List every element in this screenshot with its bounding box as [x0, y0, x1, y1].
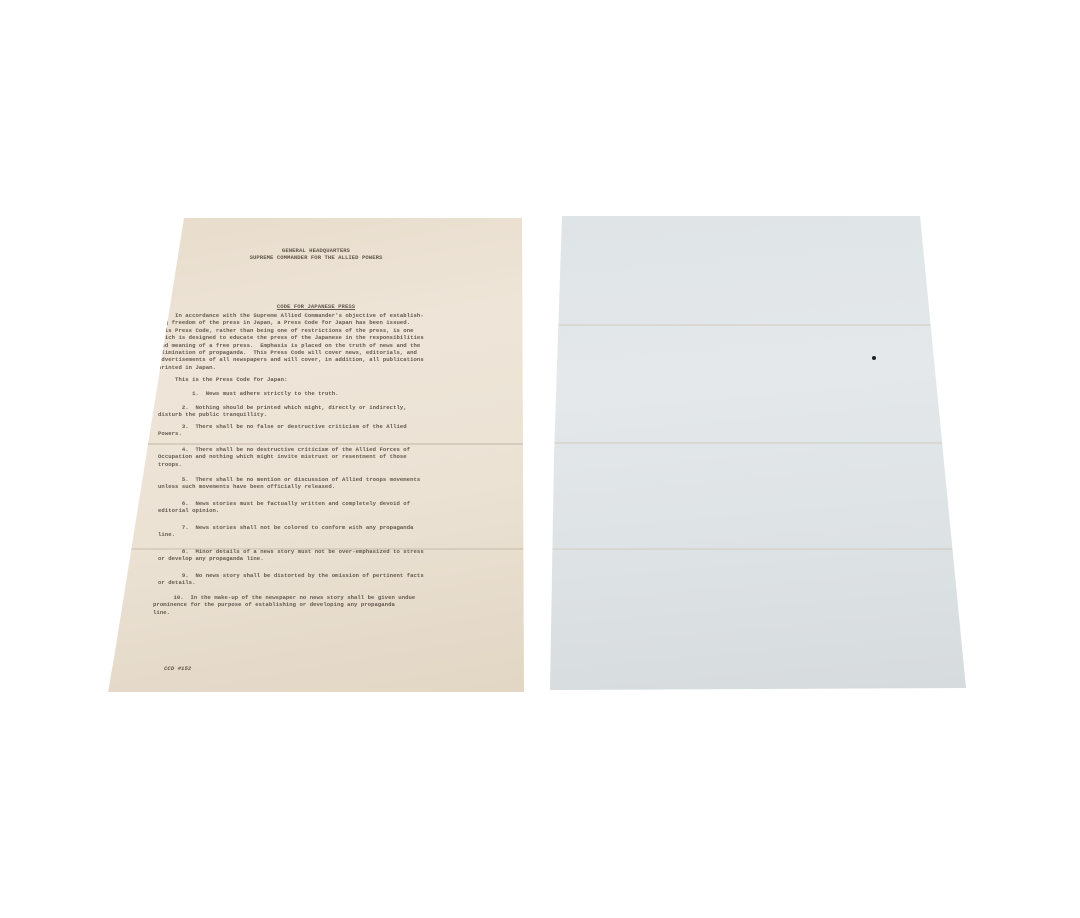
fold-line	[550, 548, 966, 550]
code-item-2: 2. Nothing should be printed which might…	[158, 404, 498, 419]
code-item-3: 3. There shall be no false or destructiv…	[158, 423, 498, 438]
document-page-back	[550, 216, 966, 690]
document-title: CODE FOR JAPANESE PRESS	[108, 303, 524, 310]
code-item-8: 8. Minor details of a news story must no…	[158, 548, 498, 563]
lead-line: This is the Press Code for Japan:	[158, 376, 498, 383]
intro-paragraph: In accordance with the Supreme Allied Co…	[158, 312, 498, 371]
fold-line	[550, 442, 966, 444]
code-item-6: 6. News stories must be factually writte…	[158, 500, 498, 515]
code-item-7: 7. News stories shall not be colored to …	[158, 524, 498, 539]
code-item-5: 5. There shall be no mention or discussi…	[158, 476, 498, 491]
document-page-front: GENERAL HEADQUARTERS SUPREME COMMANDER F…	[108, 218, 524, 692]
code-item-10: 10. In the make-up of the newspaper no n…	[153, 594, 498, 616]
ink-speck	[872, 356, 876, 360]
header-line-2: SUPREME COMMANDER FOR THE ALLIED POWERS	[108, 254, 524, 261]
code-item-9: 9. No news story shall be distorted by t…	[158, 572, 498, 587]
footer-code: CCD #152	[164, 665, 191, 672]
fold-line	[550, 324, 966, 326]
code-item-4: 4. There shall be no destructive critici…	[158, 446, 498, 468]
code-item-1: 1. News must adhere strictly to the trut…	[158, 390, 498, 397]
